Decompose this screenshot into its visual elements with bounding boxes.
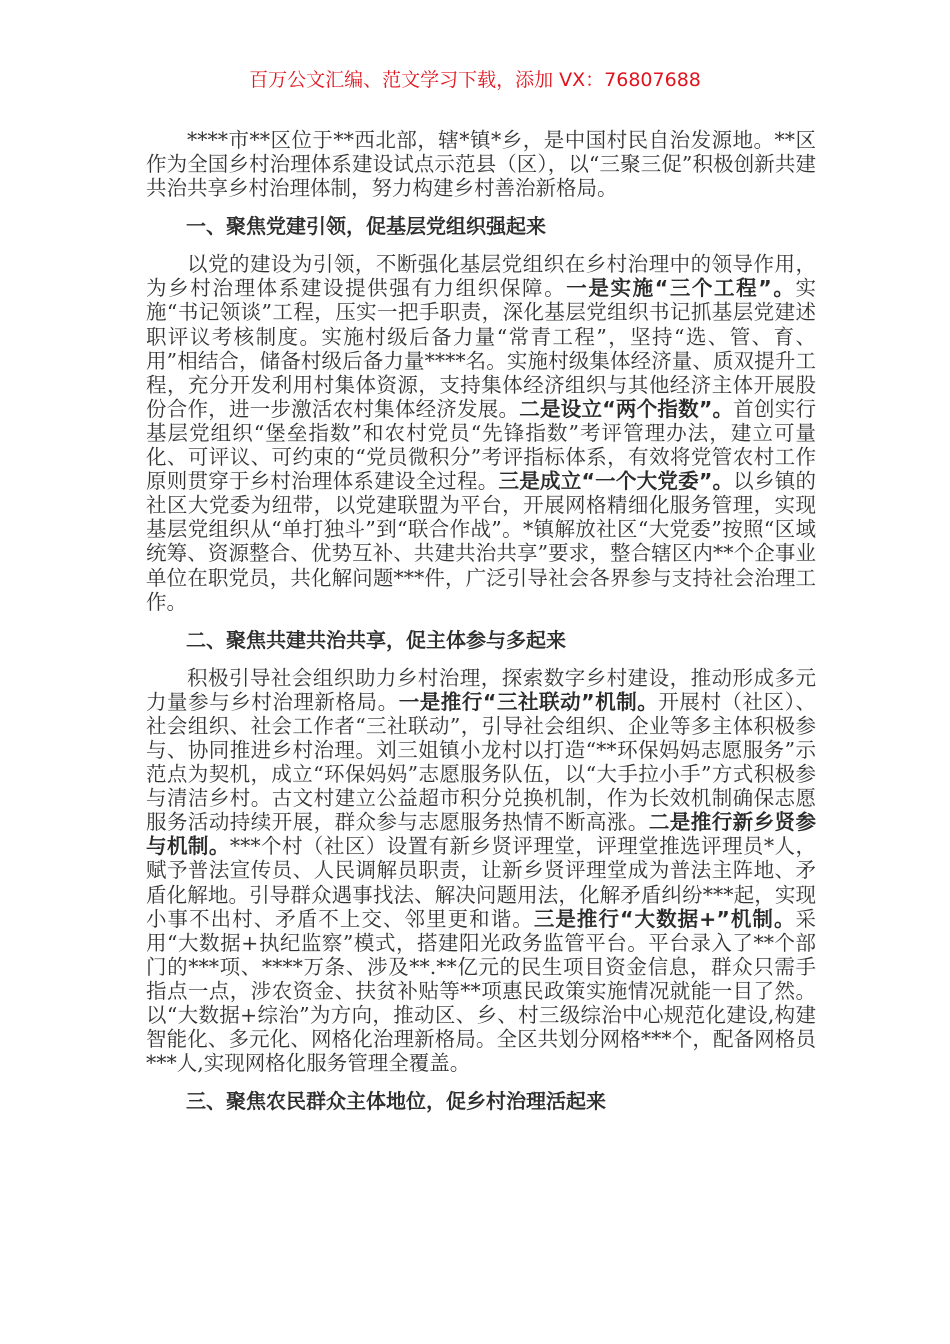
section-2-paragraph: 积极引导社会组织助力乡村治理，探索数字乡村建设，推动形成多元力量参与乡村治理新格… xyxy=(146,666,816,1076)
intro-paragraph: ****市**区位于**西北部，辖*镇*乡，是中国村民自治发源地。**区作为全国… xyxy=(146,128,816,200)
document-body: ****市**区位于**西北部，辖*镇*乡，是中国村民自治发源地。**区作为全国… xyxy=(146,128,816,1127)
document-page: 百万公文汇编、范文学习下载，添加 VX：76807688 ****市**区位于*… xyxy=(0,0,950,1344)
bold-point-3: 三是成立“一个大党委”。 xyxy=(499,469,734,493)
bold-point-3: 三是推行“大数据+”机制。 xyxy=(534,907,796,931)
section-heading-2: 二、聚焦共建共治共享，促主体参与多起来 xyxy=(146,628,816,652)
section-heading-3: 三、聚焦农民群众主体地位，促乡村治理活起来 xyxy=(146,1089,816,1113)
watermark-header: 百万公文汇编、范文学习下载，添加 VX：76807688 xyxy=(0,66,950,94)
bold-point-1: 一是实施“三个工程”。 xyxy=(566,276,795,300)
text-run: 采用“大数据+执纪监察”模式，搭建阳光政务监管平台。平台录入了**个部门的***… xyxy=(146,907,816,1076)
bold-point-1: 一是推行“三社联动”机制。 xyxy=(399,690,659,714)
section-heading-1: 一、聚焦党建引领，促基层党组织强起来 xyxy=(146,214,816,238)
bold-point-2: 二是设立“两个指数”。 xyxy=(519,397,733,421)
section-1-paragraph: 以党的建设为引领，不断强化基层党组织在乡村治理中的领导作用，为乡村治理体系建设提… xyxy=(146,252,816,613)
